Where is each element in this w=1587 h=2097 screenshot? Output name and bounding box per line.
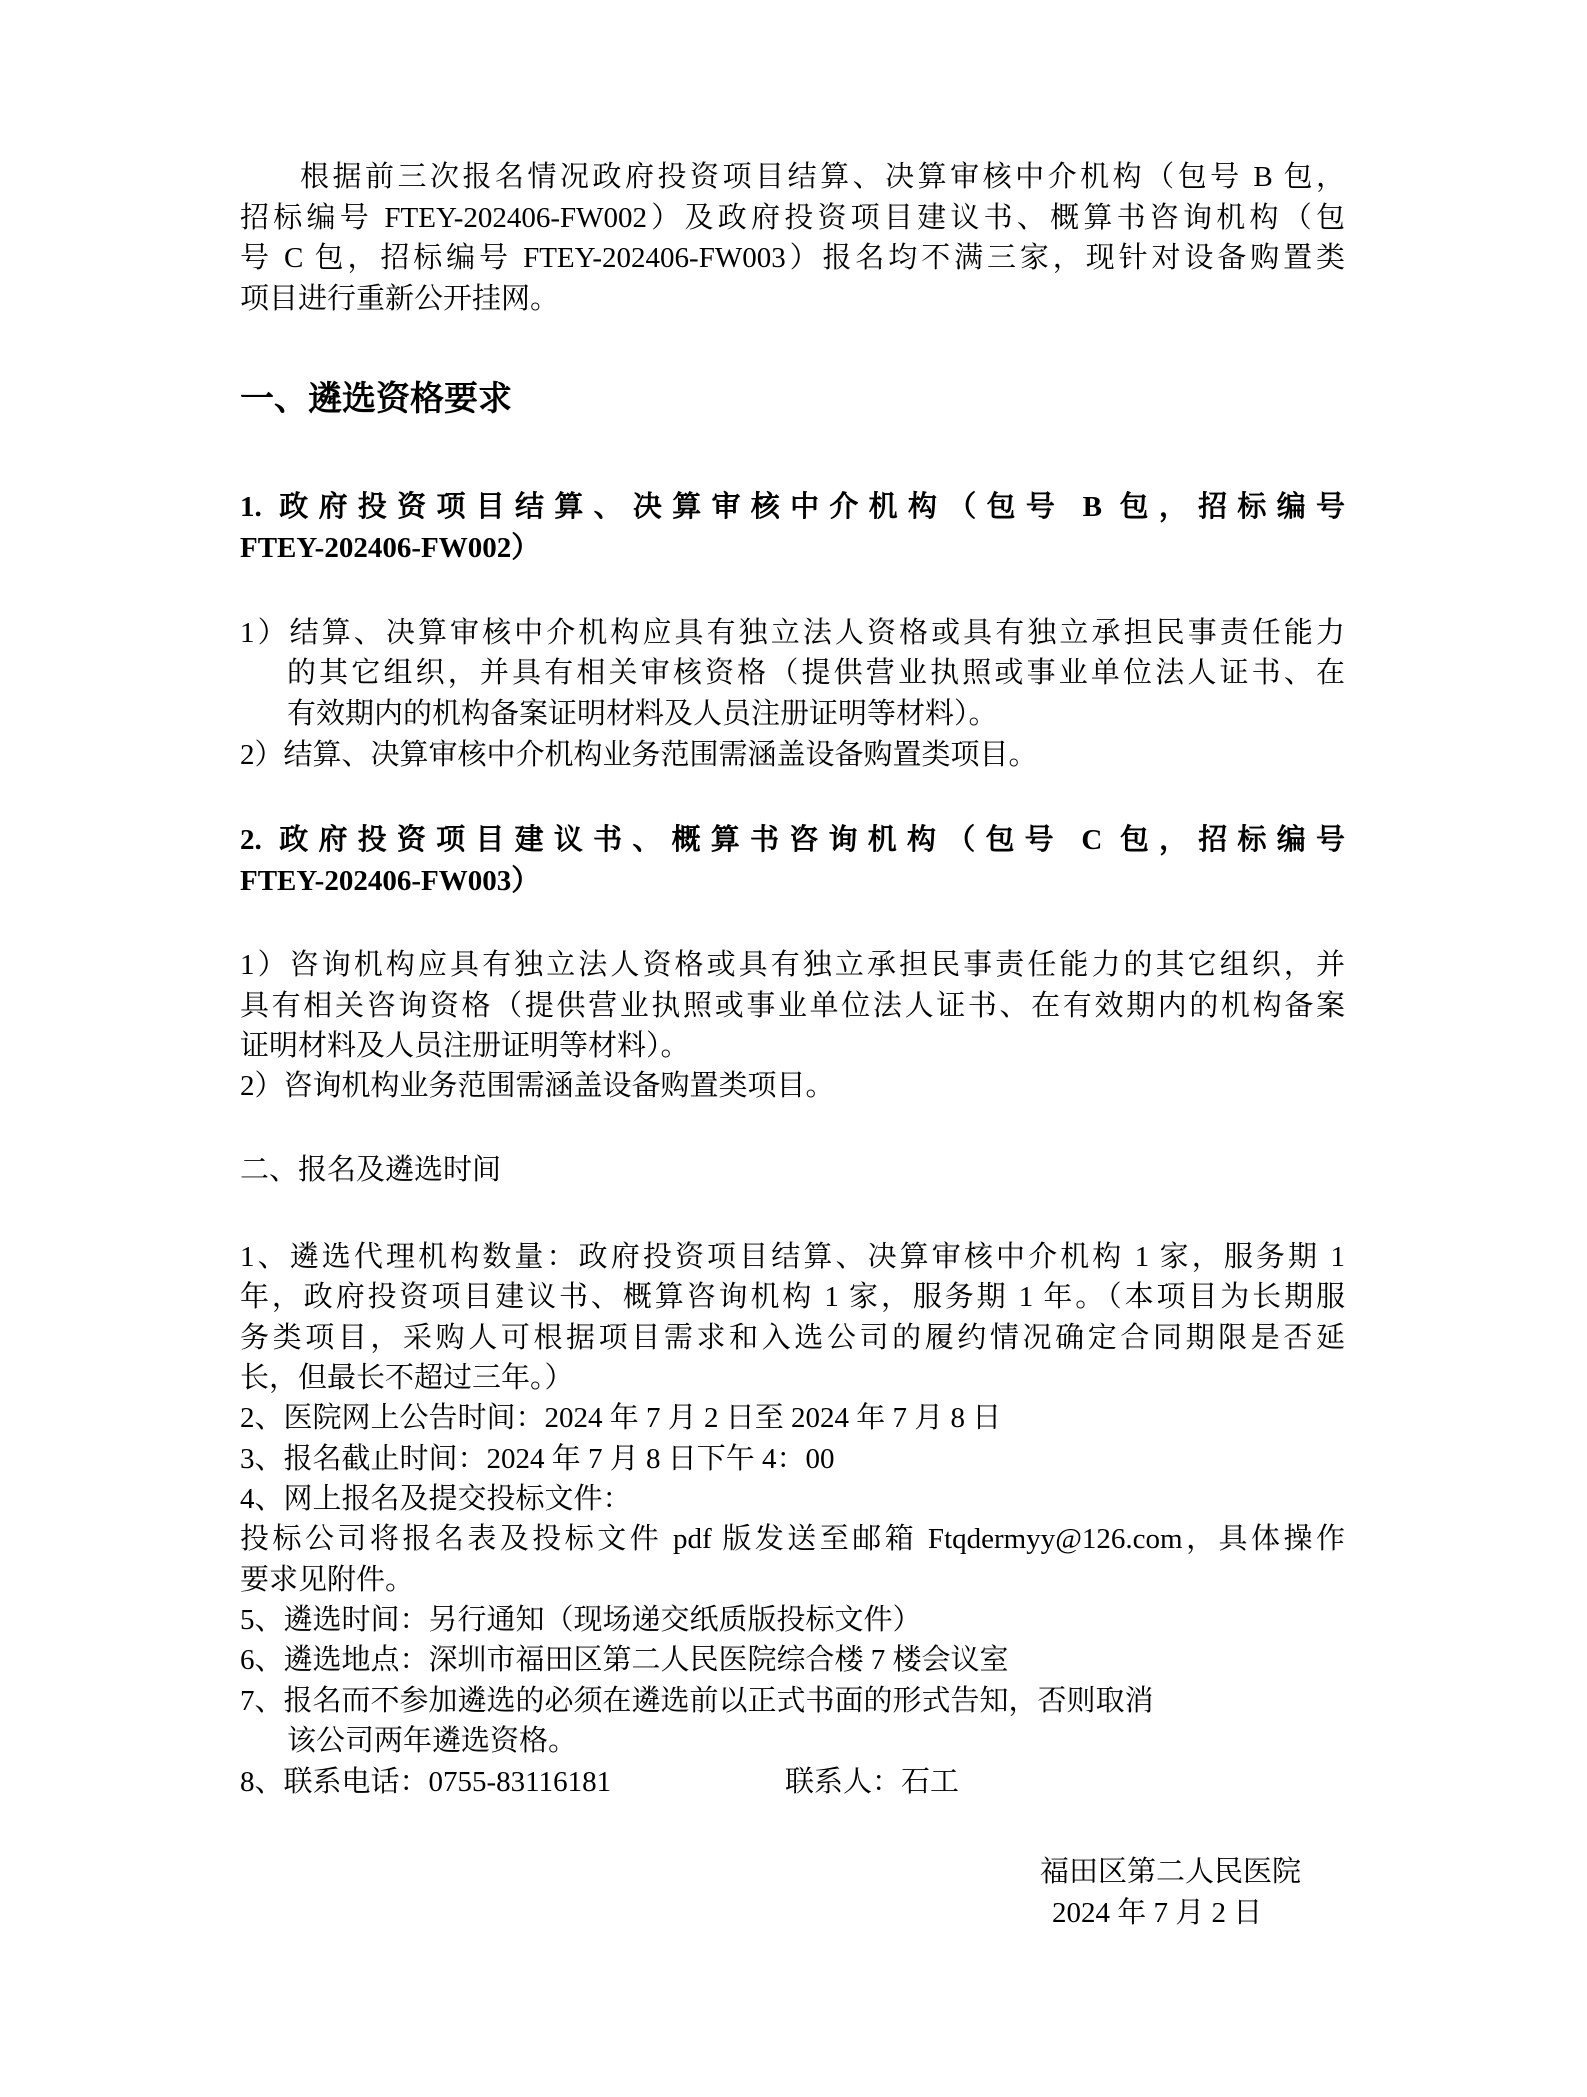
package-b-item-1-line-2: 的其它组织，并具有相关审核资格（提供营业执照或事业单位法人证书、在 (287, 653, 1345, 693)
signature-date: 2024 年 7 月 2 日 (1052, 1893, 1262, 1933)
package-c-item-1-line-3: 证明材料及人员注册证明等材料）。 (240, 1026, 690, 1066)
section-2-line-2: 年，政府投资项目建议书、概算咨询机构 1 家，服务期 1 年。（本项目为长期服 (240, 1277, 1345, 1317)
section-2-title: 二、报名及遴选时间 (240, 1150, 501, 1190)
intro-line-1: 根据前三次报名情况政府投资项目结算、决算审核中介机构（包号 B 包， (300, 157, 1345, 197)
intro-line-4: 项目进行重新公开挂网。 (240, 279, 559, 319)
package-b-item-2: 2）结算、决算审核中介机构业务范围需涵盖设备购置类项目。 (240, 735, 1038, 775)
package-b-title-line-1: 1. 政府投资项目结算、决算审核中介机构（包号 B 包，招标编号 (240, 487, 1345, 527)
package-b-title-line-2: FTEY-202406-FW002） (240, 528, 540, 568)
withdrawal-notice-line-1: 7、报名而不参加遴选的必须在遴选前以正式书面的形式告知，否则取消 (240, 1681, 1154, 1721)
registration-deadline: 3、报名截止时间：2024 年 7 月 8 日下午 4：00 (240, 1439, 835, 1479)
package-c-item-1-line-1: 1）咨询机构应具有独立法人资格或具有独立承担民事责任能力的其它组织，并 (240, 945, 1345, 985)
section-2-line-1: 1、遴选代理机构数量：政府投资项目结算、决算审核中介机构 1 家，服务期 1 (240, 1237, 1345, 1277)
package-c-item-1-line-2: 具有相关咨询资格（提供营业执照或事业单位法人证书、在有效期内的机构备案 (240, 986, 1345, 1026)
section-2-line-4: 长，但最长不超过三年。） (240, 1358, 574, 1398)
submission-instructions-cont: 要求见附件。 (240, 1560, 414, 1600)
section-2-line-3: 务类项目，采购人可根据项目需求和入选公司的履约情况确定合同期限是否延 (240, 1318, 1345, 1358)
online-registration-title: 4、网上报名及提交投标文件： (240, 1479, 632, 1519)
section-1-title: 一、遴选资格要求 (240, 380, 512, 420)
notice-period: 2、医院网上公告时间：2024 年 7 月 2 日至 2024 年 7 月 8 … (240, 1398, 1001, 1438)
package-c-item-2: 2）咨询机构业务范围需涵盖设备购置类项目。 (240, 1066, 835, 1106)
contact-phone: 8、联系电话：0755-83116181 (240, 1762, 611, 1802)
package-c-title-line-2: FTEY-202406-FW003） (240, 861, 540, 901)
selection-location: 6、遴选地点：深圳市福田区第二人民医院综合楼 7 楼会议室 (240, 1640, 1009, 1680)
intro-line-3: 号 C 包，招标编号 FTEY-202406-FW003）报名均不满三家，现针对… (240, 238, 1345, 278)
package-b-item-1-line-3: 有效期内的机构备案证明材料及人员注册证明等材料）。 (287, 694, 998, 734)
package-c-title-line-1: 2. 政府投资项目建议书、概算书咨询机构（包号 C 包，招标编号 (240, 820, 1345, 860)
package-b-item-1-line-1: 1）结算、决算审核中介机构应具有独立法人资格或具有独立承担民事责任能力 (240, 613, 1345, 653)
contact-person: 联系人：石工 (785, 1762, 959, 1802)
signature-org: 福田区第二人民医院 (1040, 1852, 1301, 1892)
selection-time: 5、遴选时间：另行通知（现场递交纸质版投标文件） (240, 1600, 922, 1640)
intro-line-2: 招标编号 FTEY-202406-FW002）及政府投资项目建议书、概算书咨询机… (240, 198, 1345, 238)
submission-instructions: 投标公司将报名表及投标文件 pdf 版发送至邮箱 Ftqdermyy@126.c… (240, 1519, 1345, 1559)
withdrawal-notice-line-2: 该公司两年遴选资格。 (287, 1721, 577, 1761)
